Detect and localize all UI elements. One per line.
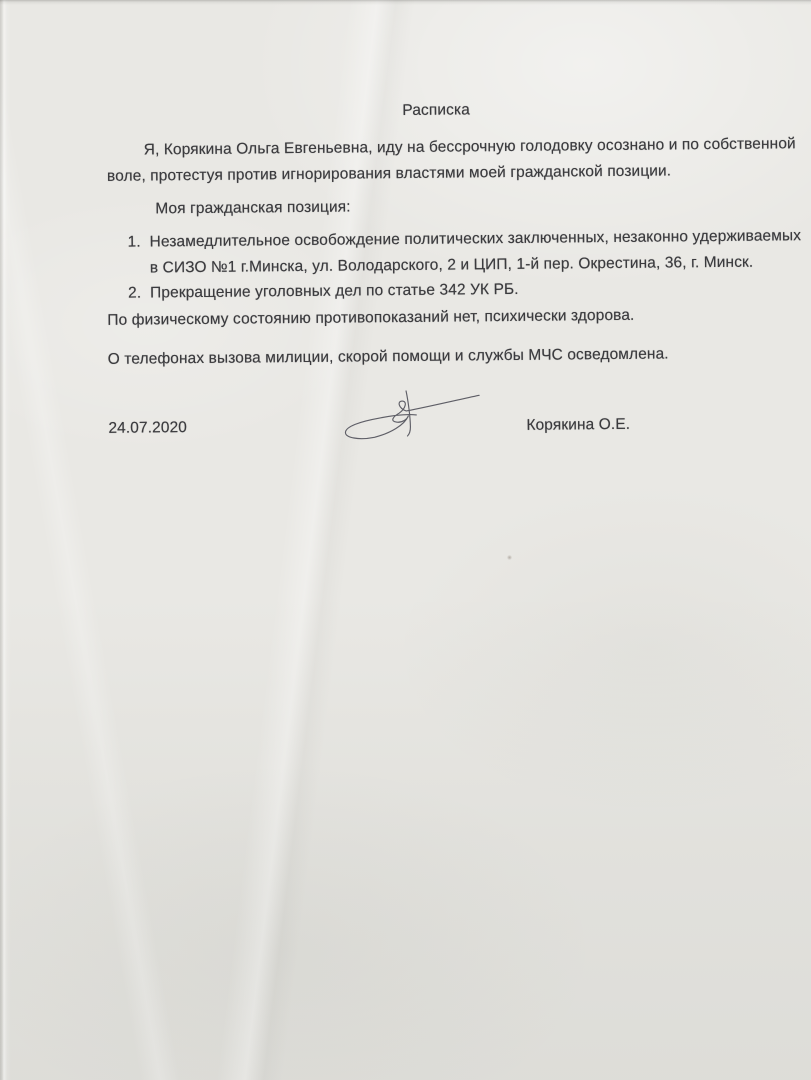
document-title: Расписка [402,101,470,119]
list-item1-line2: в СИЗО №1 г.Минска, ул. Володарского, 2 … [150,254,754,277]
paper-speck [507,555,512,560]
signature-icon [337,385,490,450]
list-item1-number: 1. [128,234,141,251]
list-item2-number: 2. [128,285,141,302]
paragraph1-line1: Я, Корякина Ольга Евгеньевна, иду на бес… [144,135,796,158]
paper-sheet: Расписка Я, Корякина Ольга Евгеньевна, и… [0,0,811,1080]
signer-name: Корякина О.Е. [526,416,630,434]
handwritten-signature [337,385,490,450]
phones-note: О телефонах вызова милиции, скорой помощ… [108,345,669,367]
document-text: Расписка Я, Корякина Ольга Евгеньевна, и… [0,0,811,1080]
position-intro: Моя гражданская позиция: [155,199,350,218]
paragraph1-line2: воле, протестуя против игнорирования вла… [107,162,671,184]
list-item1-line1: Незамедлительное освобождение политическ… [150,227,802,250]
list-item2-text: Прекращение уголовных дел по статье 342 … [150,281,519,302]
health-note: По физическому состоянию противопоказани… [107,307,634,329]
date-text: 24.07.2020 [108,419,187,437]
